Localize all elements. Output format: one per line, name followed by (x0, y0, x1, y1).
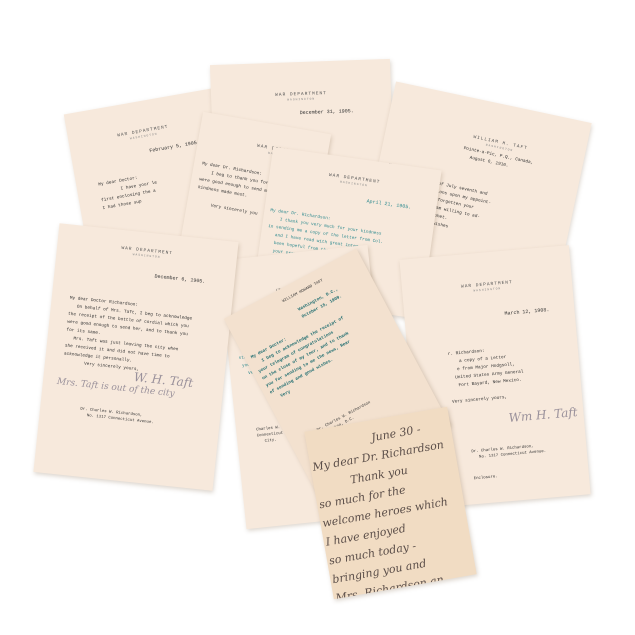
letter-date: December 31, 1905. (300, 108, 354, 116)
letter-december-6: WAR DEPARTMENTWASHINGTON December 6, 190… (33, 223, 238, 490)
letterhead: WAR DEPARTMENTWASHINGTON (402, 275, 572, 299)
recipient-address: Dr. Charles W. Richardson, No. 1317 Conn… (79, 406, 154, 426)
letter-body: My dear Doctor: I beg to acknowledge the… (250, 308, 365, 404)
letter-body: My dear Doctor Richardson: On behalf of … (63, 295, 194, 380)
letter-date: December 6, 1905. (154, 274, 205, 285)
letterhead: WAR DEPARTMENTWASHINGTON (57, 239, 237, 267)
handwritten-card: June 30 - My dear Dr. Richardson Thank y… (304, 407, 476, 600)
letter-date: March 12, 1908. (504, 307, 549, 317)
enclosure-note: Enclosure. (474, 474, 498, 482)
letterhead: WAR DEPARTMENTWASHINGTON (270, 165, 440, 198)
letter-date: February 5, 1905. (149, 139, 200, 154)
letterhead: WAR DEPARTMENTWASHINGTON (211, 89, 391, 104)
recipient-address: Dr. Charles W. Richardson, No. 1317 Conn… (471, 443, 546, 461)
letter-body: My dear Doctor: I have your le first enc… (98, 172, 161, 214)
letter-body: r. Richardson: a copy of a Letter e from… (448, 345, 526, 407)
letter-body: My dear Dr. Richardson: I beg to thank y… (194, 160, 272, 220)
letter-date: April 21, 1905. (366, 198, 411, 210)
signature: Wm H. Taft (508, 405, 578, 425)
handwritten-note: June 30 - My dear Dr. Richardson Thank y… (308, 416, 469, 599)
